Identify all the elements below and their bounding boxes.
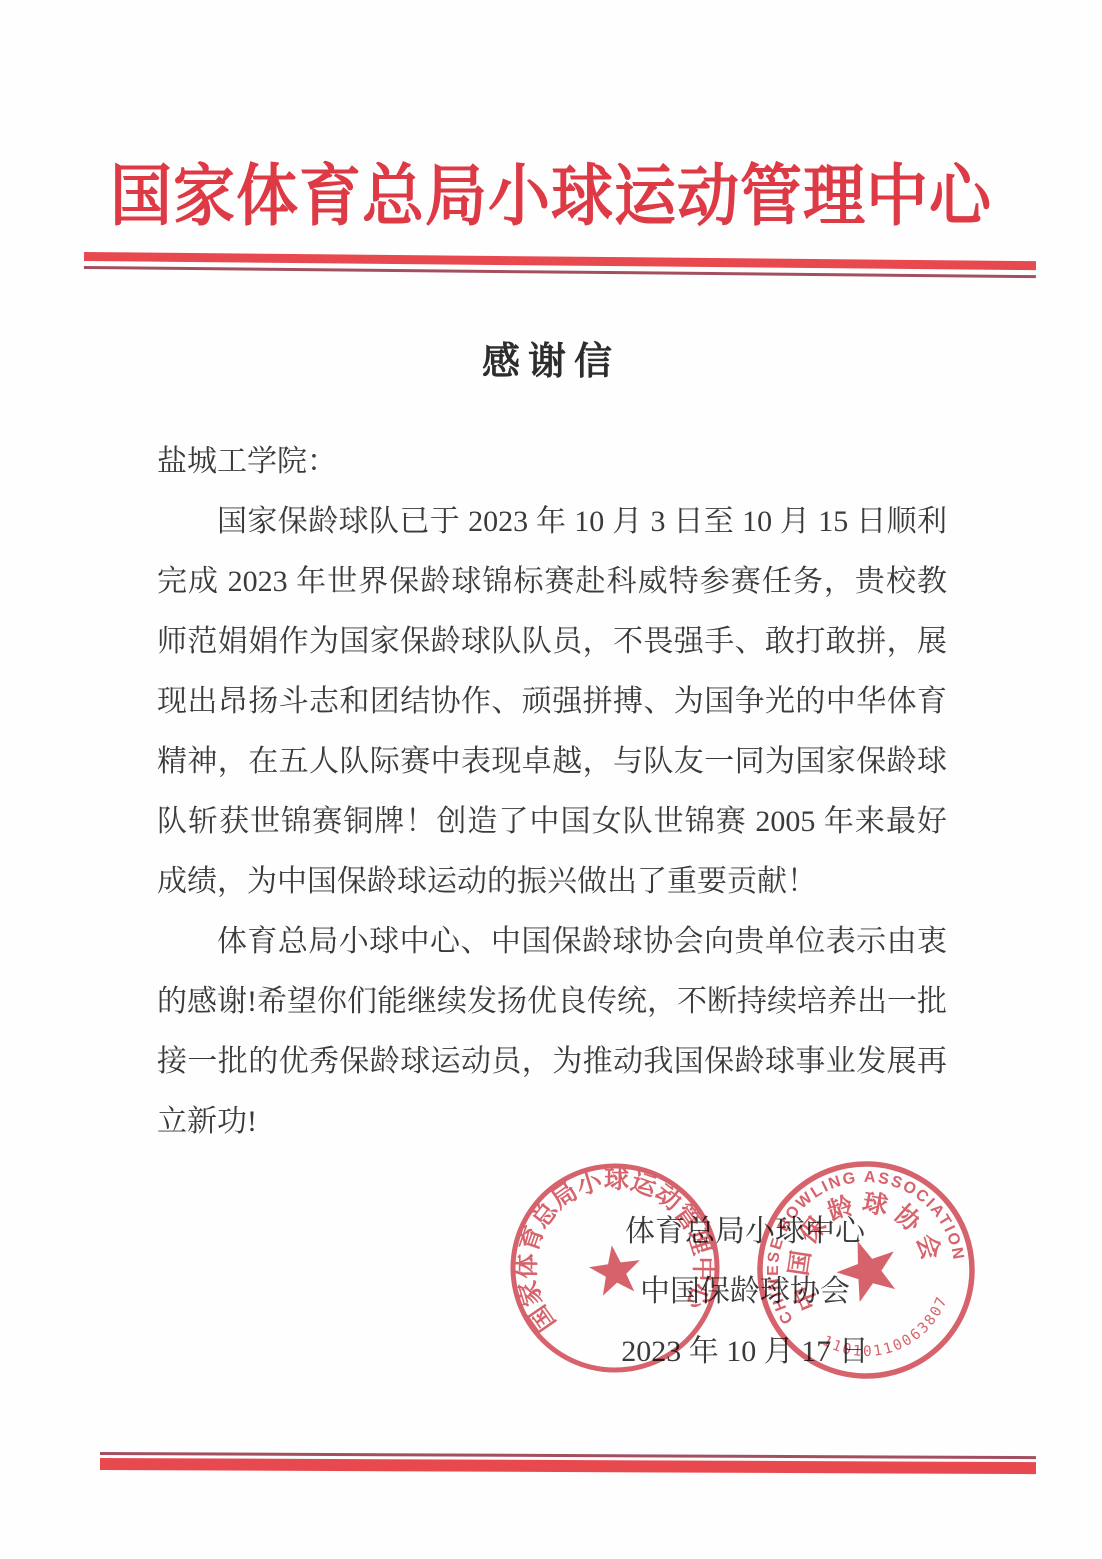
- signature-org-line1: 体育总局小球中心: [540, 1202, 950, 1262]
- body-paragraphs: 国家保龄球队已于 2023 年 10 月 3 日至 10 月 15 日顺利完成 …: [157, 492, 947, 1152]
- letter-body: 盐城工学院： 国家保龄球队已于 2023 年 10 月 3 日至 10 月 15…: [157, 432, 947, 1152]
- body-paragraph: 体育总局小球中心、中国保龄球协会向贵单位表示由衷的感谢!希望你们能继续发扬优良传…: [157, 912, 947, 1152]
- letterhead-divider: [84, 252, 1036, 278]
- body-paragraph: 国家保龄球队已于 2023 年 10 月 3 日至 10 月 15 日顺利完成 …: [157, 492, 947, 912]
- letter-page: 国家体育总局小球运动管理中心 感谢信 盐城工学院： 国家保龄球队已于 2023 …: [0, 0, 1102, 1559]
- letterhead-org-title: 国家体育总局小球运动管理中心: [0, 142, 1102, 238]
- letter-title: 感谢信: [0, 330, 1102, 385]
- recipient-line: 盐城工学院：: [157, 432, 947, 492]
- signature-org-line2: 中国保龄球协会: [540, 1262, 950, 1322]
- signature-block: 体育总局小球中心 中国保龄球协会 2023 年 10 月 17 日: [540, 1202, 950, 1382]
- footer-divider: [100, 1452, 1036, 1474]
- signature-date: 2023 年 10 月 17 日: [540, 1322, 950, 1382]
